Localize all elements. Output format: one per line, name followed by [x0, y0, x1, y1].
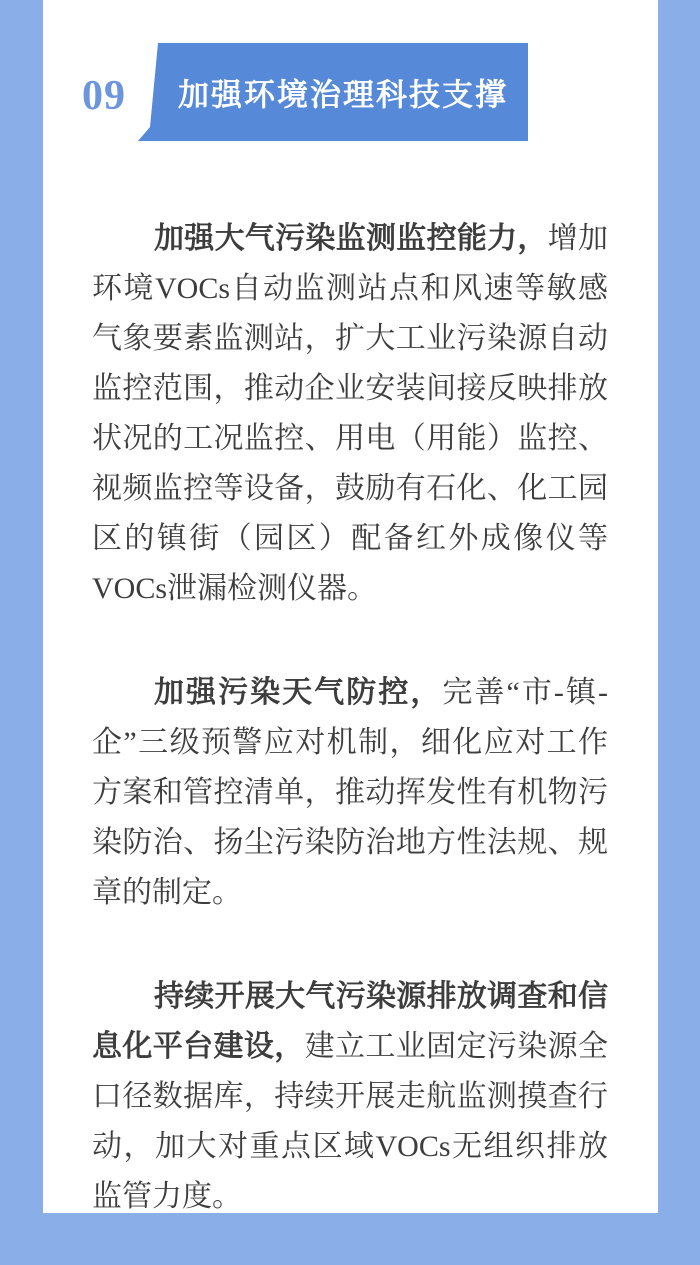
- body-content: 加强大气污染监测监控能力，增加环境VOCs自动监测站点和风速等敏感气象要素监测站…: [92, 214, 608, 1222]
- section-title: 加强环境治理科技支撑: [168, 70, 518, 115]
- right-border-bar: [658, 0, 700, 1265]
- paragraph-monitoring-text: 增加环境VOCs自动监测站点和风速等敏感气象要素监测站，扩大工业污染源自动监控范…: [92, 222, 608, 605]
- paragraph-monitoring-lead: 加强大气污染监测监控能力，: [154, 222, 548, 255]
- infographic-page: 09 加强环境治理科技支撑 加强大气污染监测监控能力，增加环境VOCs自动监测站…: [0, 0, 700, 1265]
- left-border-bar: [0, 0, 43, 1265]
- paragraph-weather-control-text: 完善“市-镇-企”三级预警应对机制，细化应对工作方案和管控清单，推动挥发性有机物…: [92, 676, 608, 909]
- section-title-banner: 加强环境治理科技支撑: [138, 43, 528, 141]
- paragraph-monitoring: 加强大气污染监测监控能力，增加环境VOCs自动监测站点和风速等敏感气象要素监测站…: [92, 214, 608, 614]
- paragraph-weather-control: 加强污染天气防控，完善“市-镇-企”三级预警应对机制，细化应对工作方案和管控清单…: [92, 668, 608, 918]
- paragraph-survey-platform: 持续开展大气污染源排放调查和信息化平台建设，建立工业固定污染源全口径数据库，持续…: [92, 972, 608, 1222]
- section-number: 09: [82, 75, 126, 117]
- paragraph-weather-control-lead: 加强污染天气防控，: [154, 676, 442, 709]
